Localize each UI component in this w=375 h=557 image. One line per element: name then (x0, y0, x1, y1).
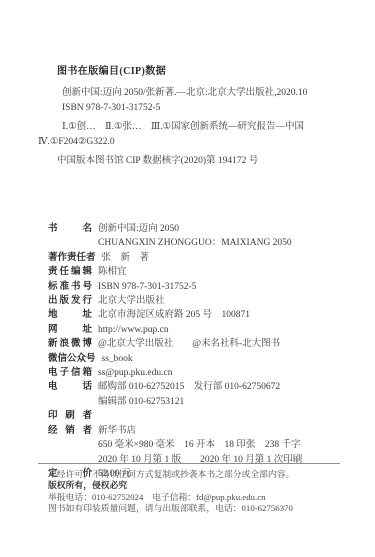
report-contact: 举报电话：010-62752024 电子信箱：fd@pup.pku.edu.cn (48, 492, 361, 503)
cip-class-line-1: Ⅰ.①创… Ⅱ.①张… Ⅲ.①国家创新系统—研究报告—中国 (62, 120, 347, 135)
divider-line (38, 463, 340, 464)
info-row-editor: 责任编辑 陈相宜 (48, 265, 357, 279)
copyright-page: 图书在版编目(CIP)数据 创新中国:迈向 2050/张新著.—北京:北京大学出… (0, 0, 375, 557)
wechat-account: ss_book (102, 352, 357, 366)
cip-heading: 图书在版编目(CIP)数据 (57, 64, 347, 79)
phone-line-2: 编辑部 010-62753121 (98, 395, 357, 409)
author-name: 张 新 著 (102, 251, 357, 265)
info-label: 网址 (48, 323, 92, 337)
book-title-pinyin: CHUANGXIN ZHONGGUO：MAIXIANG 2050 (98, 236, 357, 250)
cip-record-line-1: 创新中国:迈向 2050/张新著.—北京:北京大学出版社,2020.10 (62, 86, 347, 101)
info-row-book-title: 书名 创新中国:迈向 2050 CHUANGXIN ZHONGGUO：MAIXI… (48, 222, 357, 251)
info-label: 经销者 (48, 424, 92, 438)
info-row-phone: 电话 邮购部 010-62752015 发行部 010-62750672 编辑部… (48, 380, 357, 409)
distributor-name: 新华书店 (98, 424, 357, 438)
info-label: 出版发行 (48, 294, 92, 308)
info-row-author: 著作责任者 张 新 著 (48, 251, 357, 265)
info-row-email: 电子信箱 ss@pup.pku.edu.cn (48, 366, 357, 380)
copyright-statement: 版权所有，侵权必究 (48, 480, 361, 491)
phone-line-1: 邮购部 010-62752015 发行部 010-62750672 (98, 380, 357, 394)
info-label: 责任编辑 (48, 265, 92, 279)
info-label: 著作责任者 (48, 251, 96, 265)
info-row-isbn: 标准书号 ISBN 978-7-301-31752-5 (48, 280, 357, 294)
info-label: 地址 (48, 308, 92, 322)
isbn-number: ISBN 978-7-301-31752-5 (98, 280, 357, 294)
info-label: 微信公众号 (48, 352, 96, 366)
info-label: 电话 (48, 380, 92, 394)
info-label: 标准书号 (48, 280, 92, 294)
info-label: 印刷者 (48, 409, 92, 423)
cip-registry-line: 中国版本图书馆 CIP 数据核字(2020)第 194172 号 (57, 154, 347, 169)
cip-record-line-2: ISBN 978-7-301-31752-5 (62, 101, 347, 116)
cip-block: 图书在版编目(CIP)数据 创新中国:迈向 2050/张新著.—北京:北京大学出… (38, 64, 347, 169)
cip-class-line-2: Ⅳ.①F204②G322.0 (38, 135, 347, 150)
info-row-publisher: 出版发行 北京大学出版社 (48, 294, 357, 308)
info-row-website: 网址 http://www.pup.cn (48, 323, 357, 337)
info-row-weibo: 新浪微博 @北京大学出版社 @未名社科-北大图书 (48, 337, 357, 351)
publisher-address: 北京市海淀区成府路 205 号 100871 (98, 308, 357, 322)
info-row-printer: 印刷者 (48, 409, 357, 423)
info-label: 电子信箱 (48, 366, 92, 380)
info-row-address: 地址 北京市海淀区成府路 205 号 100871 (48, 308, 357, 322)
format-spec: 650 毫米×980 毫米 16 开本 18 印张 238 千字 (98, 438, 357, 452)
printer-name (98, 409, 357, 423)
editor-name: 陈相宜 (98, 265, 357, 279)
publisher-website: http://www.pup.cn (98, 323, 357, 337)
weibo-accounts: @北京大学出版社 @未名社科-北大图书 (98, 337, 357, 351)
copyright-footer: 未经许可，不得以任何方式复制或抄袭本书之部分或全部内容。 版权所有，侵权必究 举… (48, 469, 361, 515)
publication-info-table: 书名 创新中国:迈向 2050 CHUANGXIN ZHONGGUO：MAIXI… (48, 222, 357, 481)
edition-printing: 2020 年 10 月第 1 版 2020 年 10 月第 1 次印刷 (98, 453, 357, 467)
permission-notice: 未经许可，不得以任何方式复制或抄袭本书之部分或全部内容。 (48, 469, 361, 480)
info-label: 书名 (48, 222, 92, 236)
info-row-distributor: 经销者 新华书店 650 毫米×980 毫米 16 开本 18 印张 238 千… (48, 424, 357, 467)
info-label: 新浪微博 (48, 337, 92, 351)
quality-contact: 图书如有印装质量问题，请与出版部联系，电话：010-62756370 (48, 503, 361, 514)
publisher-name: 北京大学出版社 (98, 294, 357, 308)
book-title: 创新中国:迈向 2050 (98, 222, 357, 236)
info-row-wechat: 微信公众号 ss_book (48, 352, 357, 366)
publisher-email: ss@pup.pku.edu.cn (98, 366, 357, 380)
